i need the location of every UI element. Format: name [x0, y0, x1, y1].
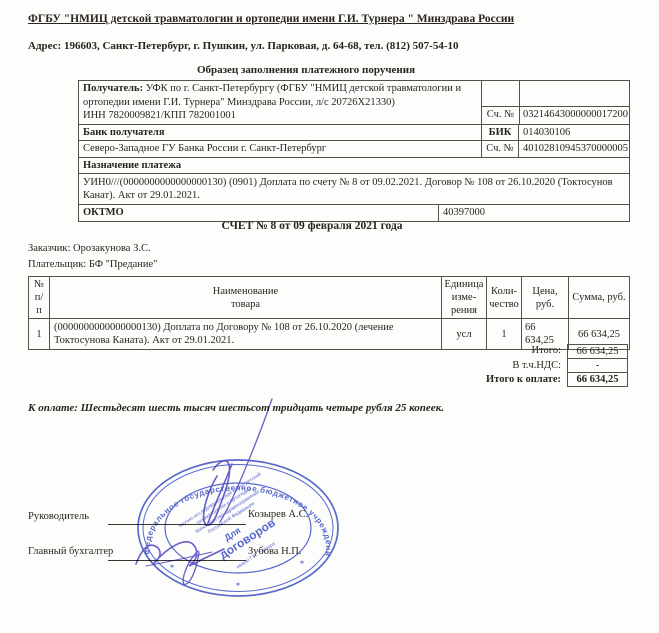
oktmo-row: ОКТМО 40397000 [79, 204, 629, 221]
recipient-label: Получатель: [83, 83, 143, 94]
total-row: Итого: 66 634,25 [28, 344, 628, 359]
grand-total-row: Итого к оплате: 66 634,25 [28, 373, 628, 387]
account-number-value: 03214643000000017200 [519, 107, 630, 124]
bank-row-2: Северо-Западное ГУ Банка России г. Санкт… [79, 140, 629, 157]
col-header-sum: Сумма, руб. [568, 277, 629, 318]
customer-line: Заказчик: Орозакунова З.С. [28, 243, 151, 254]
oktmo-value: 40397000 [438, 205, 629, 221]
grand-total-value: 66 634,25 [567, 373, 628, 387]
vat-row: В т.ч.НДС: - [28, 359, 628, 373]
invoice-title: СЧЕТ № 8 от 09 февраля 2021 года [0, 220, 624, 232]
purpose-text-row: УИН0///(0000000000000000130) (0901) Допл… [79, 173, 629, 204]
col-header-num: № п/п [29, 277, 49, 318]
corr-account-label: Сч. № [481, 141, 518, 157]
vat-label: В т.ч.НДС: [28, 359, 567, 373]
payment-order-sample-title: Образец заполнения платежного поручения [0, 64, 612, 76]
purpose-text: УИН0///(0000000000000000130) (0901) Допл… [79, 174, 629, 204]
stamp-star-bottom: * [236, 581, 240, 590]
col-header-price: Цена, руб. [521, 277, 568, 318]
col-header-unit: Единица изме- рения [441, 277, 486, 318]
stamp-center-text-top: Для [222, 525, 242, 543]
accountant-name: Зубова Н.П. [248, 546, 301, 557]
purpose-header-row: Назначение платежа [79, 157, 629, 174]
empty-cell [482, 81, 519, 107]
inn-kpp-line: ИНН 7820009821/КПП 782001001 [83, 110, 236, 121]
bik-value: 014030106 [518, 125, 629, 141]
payer-line: Плательщик: БФ "Предание" [28, 259, 157, 270]
director-name: Козырев А.С. [248, 509, 308, 520]
items-table-header: № п/п Наименование товара Единица изме- … [29, 277, 629, 318]
vat-value: - [567, 359, 628, 373]
bank-name: Северо-Западное ГУ Банка России г. Санкт… [79, 141, 481, 157]
account-number-label: Сч. № [482, 107, 519, 124]
total-value: 66 634,25 [567, 344, 628, 359]
recipient-account-cells: Сч. № 03214643000000017200 [481, 81, 629, 124]
stamp-star-left: * [170, 563, 174, 572]
invoice-document: ФГБУ "НМИЦ детской травматологии и ортоп… [0, 0, 659, 633]
items-table: № п/п Наименование товара Единица изме- … [28, 276, 630, 350]
purpose-label: Назначение платежа [79, 158, 185, 174]
bik-label: БИК [481, 125, 518, 141]
bank-row-1: Банк получателя БИК 014030106 [79, 124, 629, 141]
stamp-inner-line1: научно-исследовательский центр детской [177, 470, 262, 529]
grand-total-label: Итого к оплате: [28, 373, 567, 387]
recipient-row: Получатель: УФК по г. Санкт-Петербургу (… [79, 81, 629, 124]
amount-in-words: К оплате: Шестьдесят шесть тысяч шестьсо… [28, 402, 628, 414]
bank-label: Банк получателя [79, 125, 481, 141]
director-signature-line [108, 524, 246, 525]
payment-requisites-table: Получатель: УФК по г. Санкт-Петербургу (… [78, 80, 630, 222]
organization-address: Адрес: 196603, Санкт-Петербург, г. Пушки… [28, 40, 459, 52]
total-label: Итого: [28, 344, 567, 359]
organization-name: ФГБУ "НМИЦ детской травматологии и ортоп… [28, 13, 514, 25]
stamp-inner-line2: травматологии и ортопедии [195, 486, 253, 526]
corr-account-value: 40102810945370000005 [518, 141, 629, 157]
accountant-signature-line [108, 560, 246, 561]
totals-block: Итого: 66 634,25 В т.ч.НДС: - Итого к оп… [28, 344, 628, 387]
col-header-qty: Коли- чество [486, 277, 521, 318]
empty-cell [519, 81, 630, 107]
director-label: Руководитель [28, 511, 89, 522]
oktmo-label: ОКТМО [79, 205, 438, 221]
stamp-star-right: * [300, 559, 304, 568]
accountant-label: Главный бухгалтер [28, 546, 113, 557]
col-header-name: Наименование товара [49, 277, 441, 318]
recipient-cell: Получатель: УФК по г. Санкт-Петербургу (… [79, 81, 481, 124]
